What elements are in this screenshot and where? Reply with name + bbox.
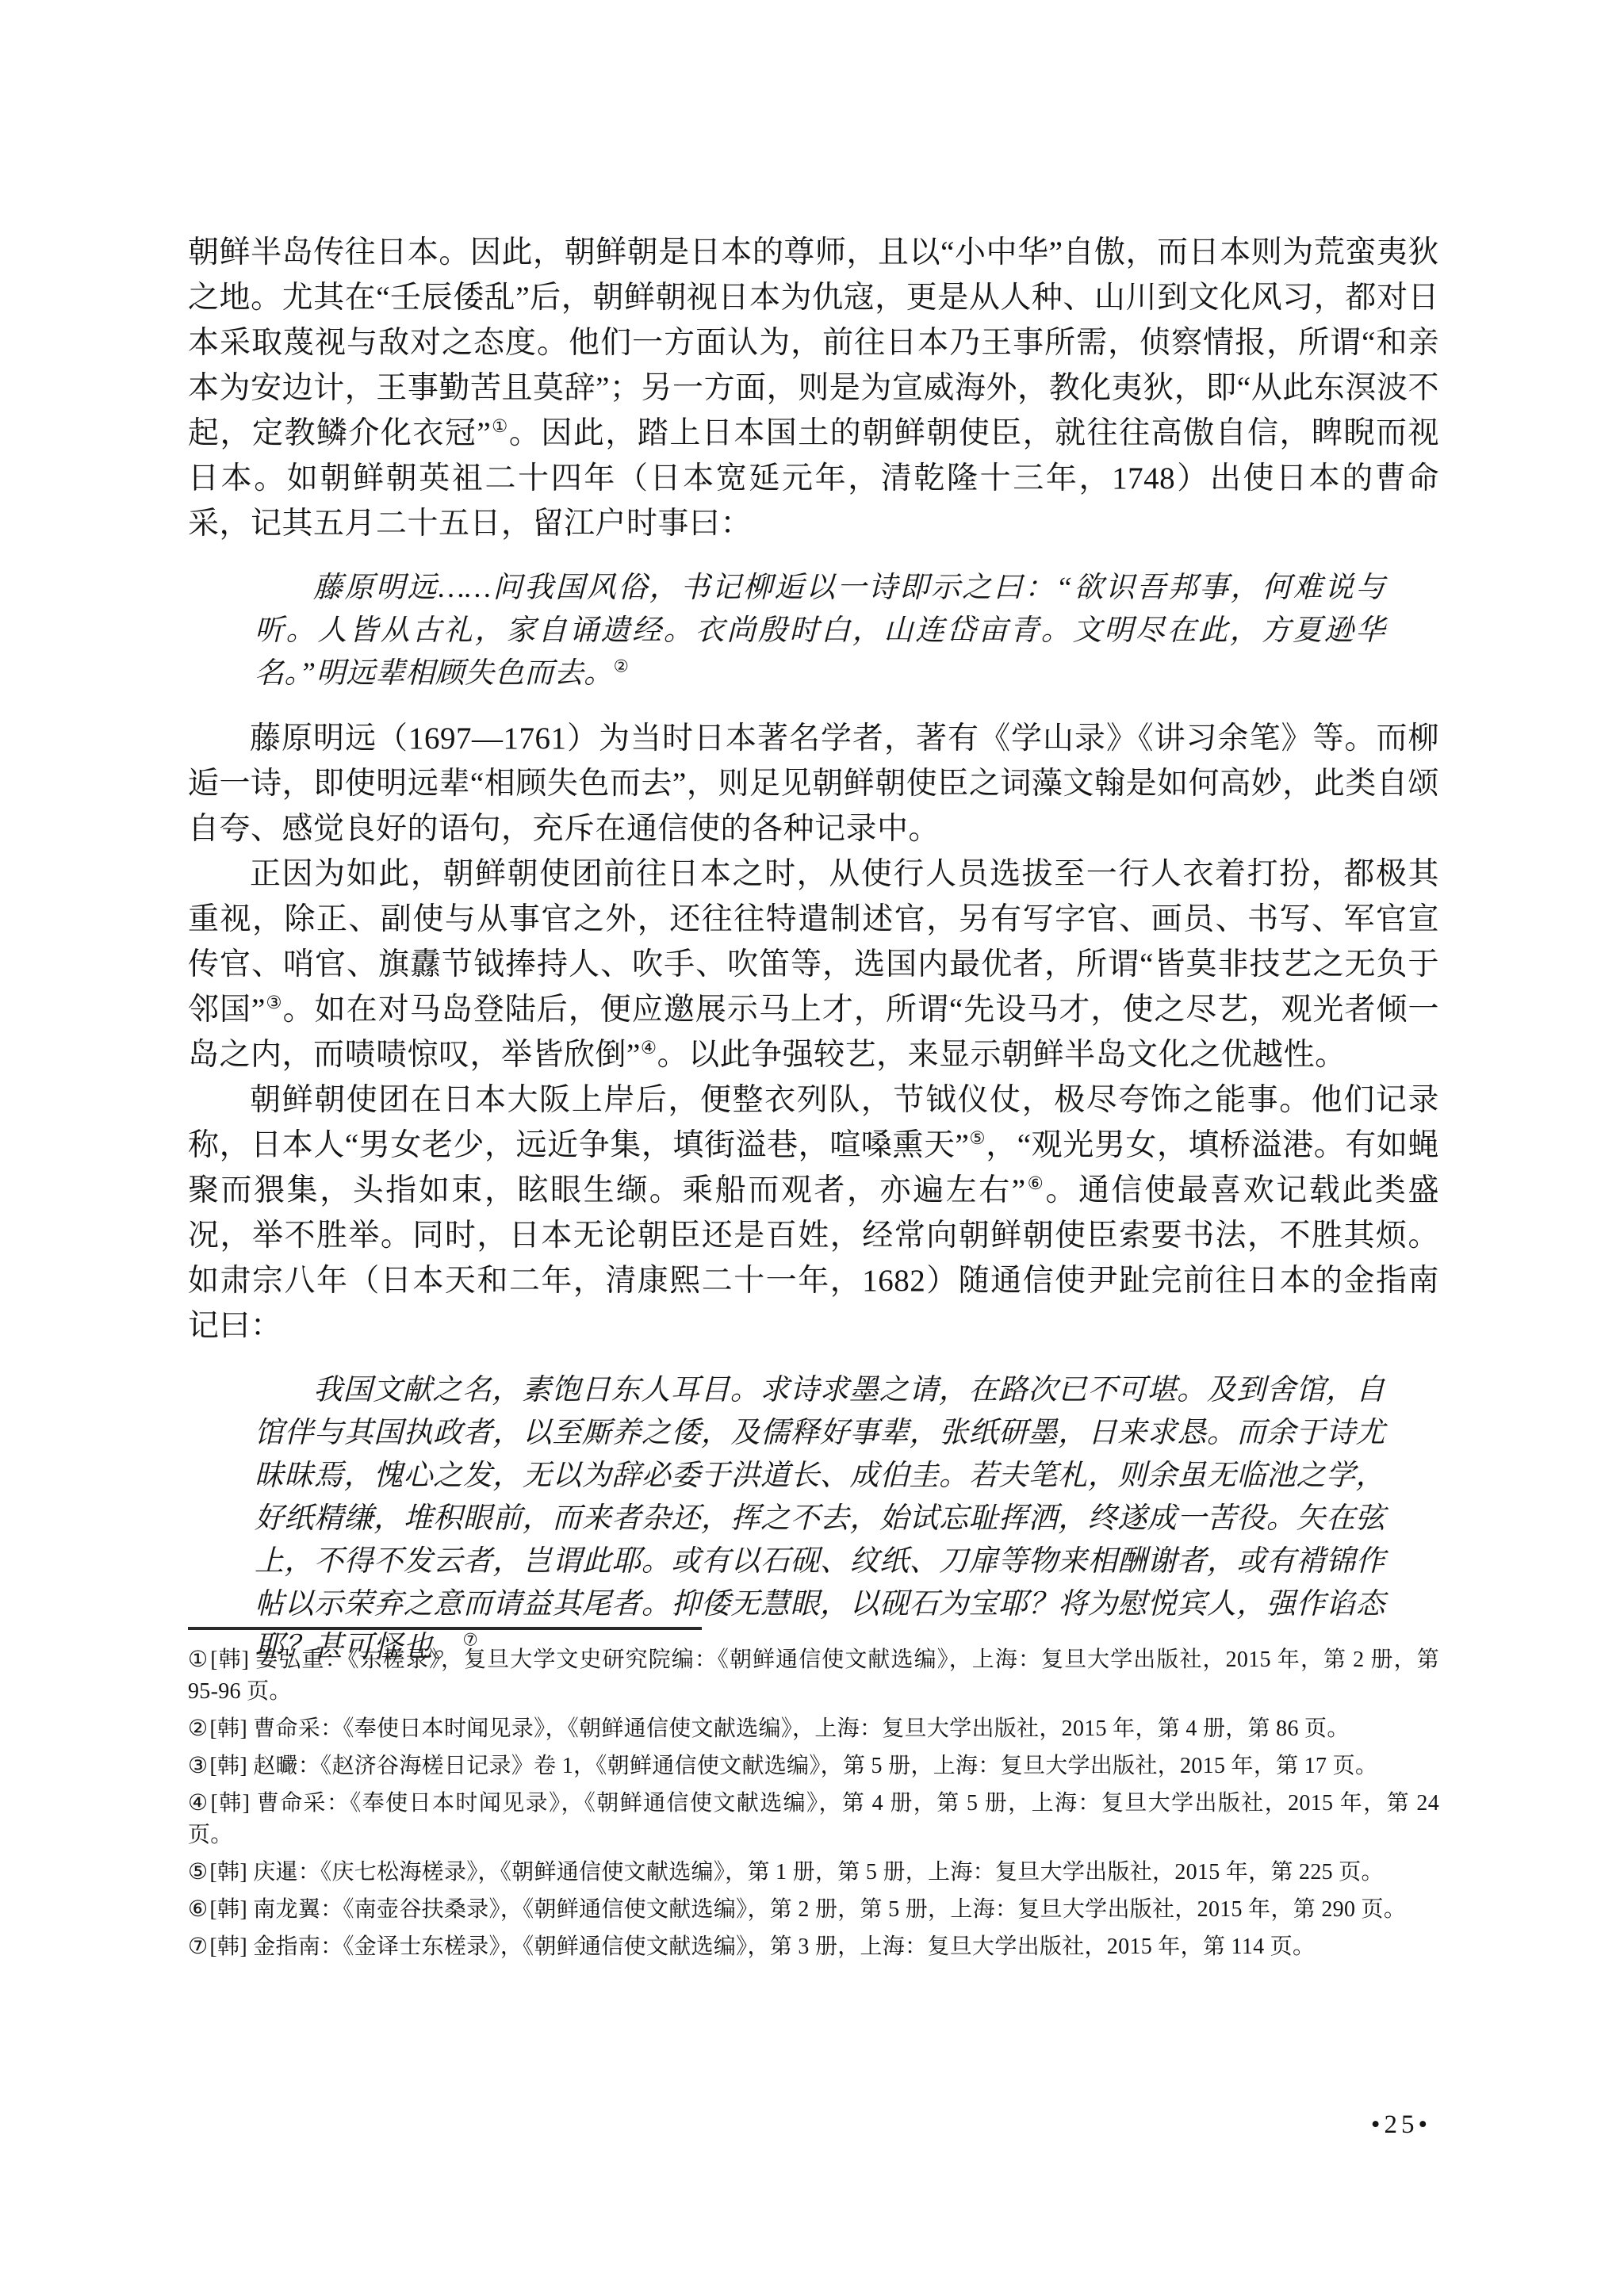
footnote-reference: ③ [266,993,283,1012]
footnote-item: ③[韩] 赵曮：《赵济谷海槎日记录》卷 1，《朝鲜通信使文献选编》，第 5 册，… [188,1751,1439,1782]
body-paragraph: 正因为如此，朝鲜朝使团前往日本之时，从使行人员选拔至一行人衣着打扮，都极其重视，… [188,851,1439,1077]
page-number: •25• [1371,2110,1431,2140]
footnote-text: [韩] 曹命采：《奉使日本时闻见录》，《朝鲜通信使文献选编》，上海：复旦大学出版… [209,1716,1349,1741]
footnote-marker: ④ [188,1791,209,1816]
footnote-text: [韩] 姜弘重：《东槎录》，复旦大学文史研究院编：《朝鲜通信使文献选编》，上海：… [188,1647,1439,1704]
footnote-text: [韩] 金指南：《金译士东槎录》，《朝鲜通信使文献选编》，第 3 册，上海：复旦… [209,1934,1315,1959]
footnote-marker: ② [188,1716,208,1741]
footnote-marker: ⑦ [188,1934,208,1959]
footnote-text: [韩] 南龙翼：《南壶谷扶桑录》，《朝鲜通信使文献选编》，第 2 册，第 5 册… [209,1897,1406,1922]
footnote-item: ④[韩] 曹命采：《奉使日本时闻见录》，《朝鲜通信使文献选编》，第 4 册，第 … [188,1788,1439,1851]
footnote-reference: ① [491,416,509,436]
footnote-marker: ⑤ [188,1860,208,1885]
footnote-marker: ⑥ [188,1897,208,1922]
body-paragraph: 朝鲜半岛传往日本。因此，朝鲜朝是日本的尊师，且以“小中华”自傲，而日本则为荒蛮夷… [188,230,1439,546]
body-paragraph: 朝鲜朝使团在日本大阪上岸后，便整衣列队，节钺仪仗，极尽夸饰之能事。他们记录称，日… [188,1077,1439,1349]
footnote-item: ②[韩] 曹命采：《奉使日本时闻见录》，《朝鲜通信使文献选编》，上海：复旦大学出… [188,1713,1439,1745]
footnote-reference: ⑥ [1026,1173,1046,1193]
block-quote: 我国文献之名，素饱日东人耳目。求诗求墨之请，在路次已不可堪。及到舍馆，自馆伴与其… [255,1369,1385,1669]
footnote-item: ⑥[韩] 南龙翼：《南壶谷扶桑录》，《朝鲜通信使文献选编》，第 2 册，第 5 … [188,1894,1439,1926]
footnote-text: [韩] 曹命采：《奉使日本时闻见录》，《朝鲜通信使文献选编》，第 4 册，第 5… [188,1791,1439,1847]
footnote-text: [韩] 赵曮：《赵济谷海槎日记录》卷 1，《朝鲜通信使文献选编》，第 5 册，上… [209,1754,1377,1778]
footnote-reference: ⑤ [969,1128,986,1148]
footnote-reference: ② [614,657,630,676]
footnotes-section: ①[韩] 姜弘重：《东槎录》，复旦大学文史研究院编：《朝鲜通信使文献选编》，上海… [188,1627,1439,1969]
body-text-block: 朝鲜半岛传往日本。因此，朝鲜朝是日本的尊师，且以“小中华”自傲，而日本则为荒蛮夷… [188,230,1439,1689]
block-quote: 藤原明远……问我国风俗，书记柳逅以一诗即示之曰：“欲识吾邦事，何难说与听。人皆从… [255,567,1385,695]
document-page: 朝鲜半岛传往日本。因此，朝鲜朝是日本的尊师，且以“小中华”自傲，而日本则为荒蛮夷… [0,0,1624,2296]
footnote-item: ①[韩] 姜弘重：《东槎录》，复旦大学文史研究院编：《朝鲜通信使文献选编》，上海… [188,1644,1439,1708]
footnote-marker: ① [188,1647,209,1672]
footnote-reference: ④ [641,1038,657,1058]
footnote-separator-rule [188,1627,702,1630]
footnote-item: ⑦[韩] 金指南：《金译士东槎录》，《朝鲜通信使文献选编》，第 3 册，上海：复… [188,1931,1439,1963]
footnote-marker: ③ [188,1754,208,1778]
body-paragraph: 藤原明远（1697—1761）为当时日本著名学者，著有《学山录》《讲习余笔》等。… [188,716,1439,851]
footnote-text: [韩] 庆暹：《庆七松海槎录》，《朝鲜通信使文献选编》，第 1 册，第 5 册，… [209,1860,1383,1885]
footnote-item: ⑤[韩] 庆暹：《庆七松海槎录》，《朝鲜通信使文献选编》，第 1 册，第 5 册… [188,1857,1439,1888]
